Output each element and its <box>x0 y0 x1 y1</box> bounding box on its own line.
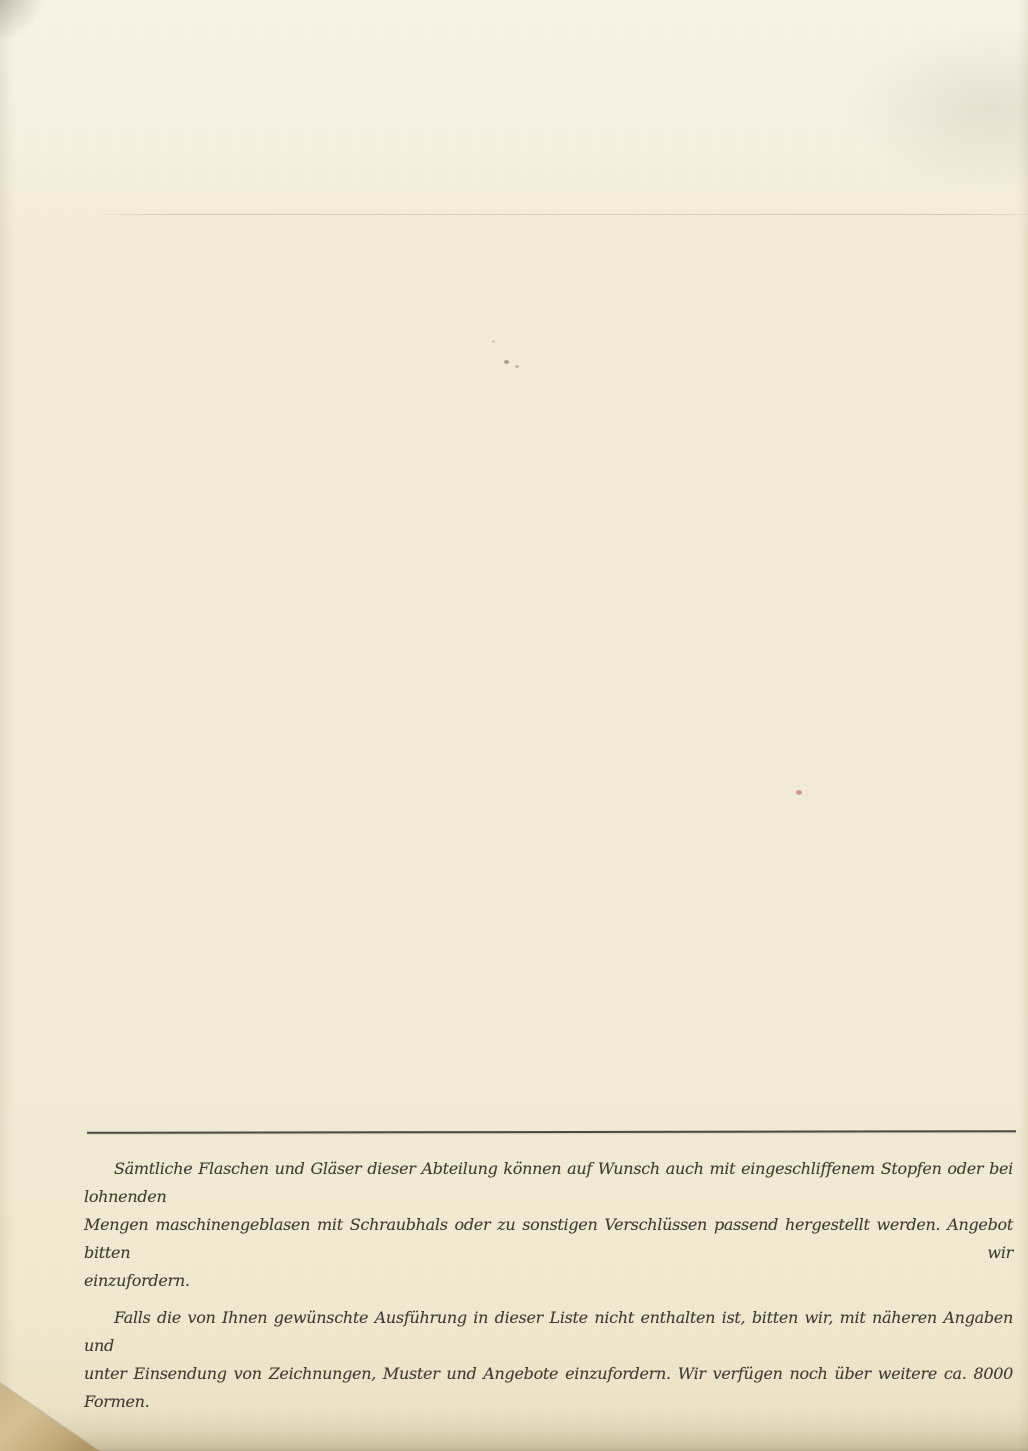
note-line: Mengen maschinengeblasen mit Schraubhals… <box>84 1211 1013 1267</box>
horizontal-crease <box>96 214 1028 215</box>
right-edge-shading <box>1018 0 1028 1451</box>
scanned-page: Sämtliche Flaschen und Gläser dieser Abt… <box>0 0 1028 1451</box>
footer-divider-rule <box>87 1130 1016 1134</box>
note-line: einzufordern. <box>84 1267 1013 1295</box>
note-line: Falls die von Ihnen gewünschte Ausführun… <box>84 1304 1013 1360</box>
ink-speck <box>492 340 495 343</box>
ink-speck <box>515 365 519 368</box>
note-paragraph-1: Sämtliche Flaschen und Gläser dieser Abt… <box>84 1155 1013 1295</box>
left-edge-shading <box>0 0 14 1451</box>
pink-speck <box>796 790 802 795</box>
footer-note: Sämtliche Flaschen und Gläser dieser Abt… <box>84 1155 1013 1416</box>
note-line: Sämtliche Flaschen und Gläser dieser Abt… <box>84 1155 1013 1211</box>
ink-speck <box>504 360 509 364</box>
note-line: unter Einsendung von Zeichnungen, Muster… <box>84 1360 1013 1416</box>
note-paragraph-2: Falls die von Ihnen gewünschte Ausführun… <box>84 1304 1013 1416</box>
top-right-shadow <box>728 0 1028 260</box>
